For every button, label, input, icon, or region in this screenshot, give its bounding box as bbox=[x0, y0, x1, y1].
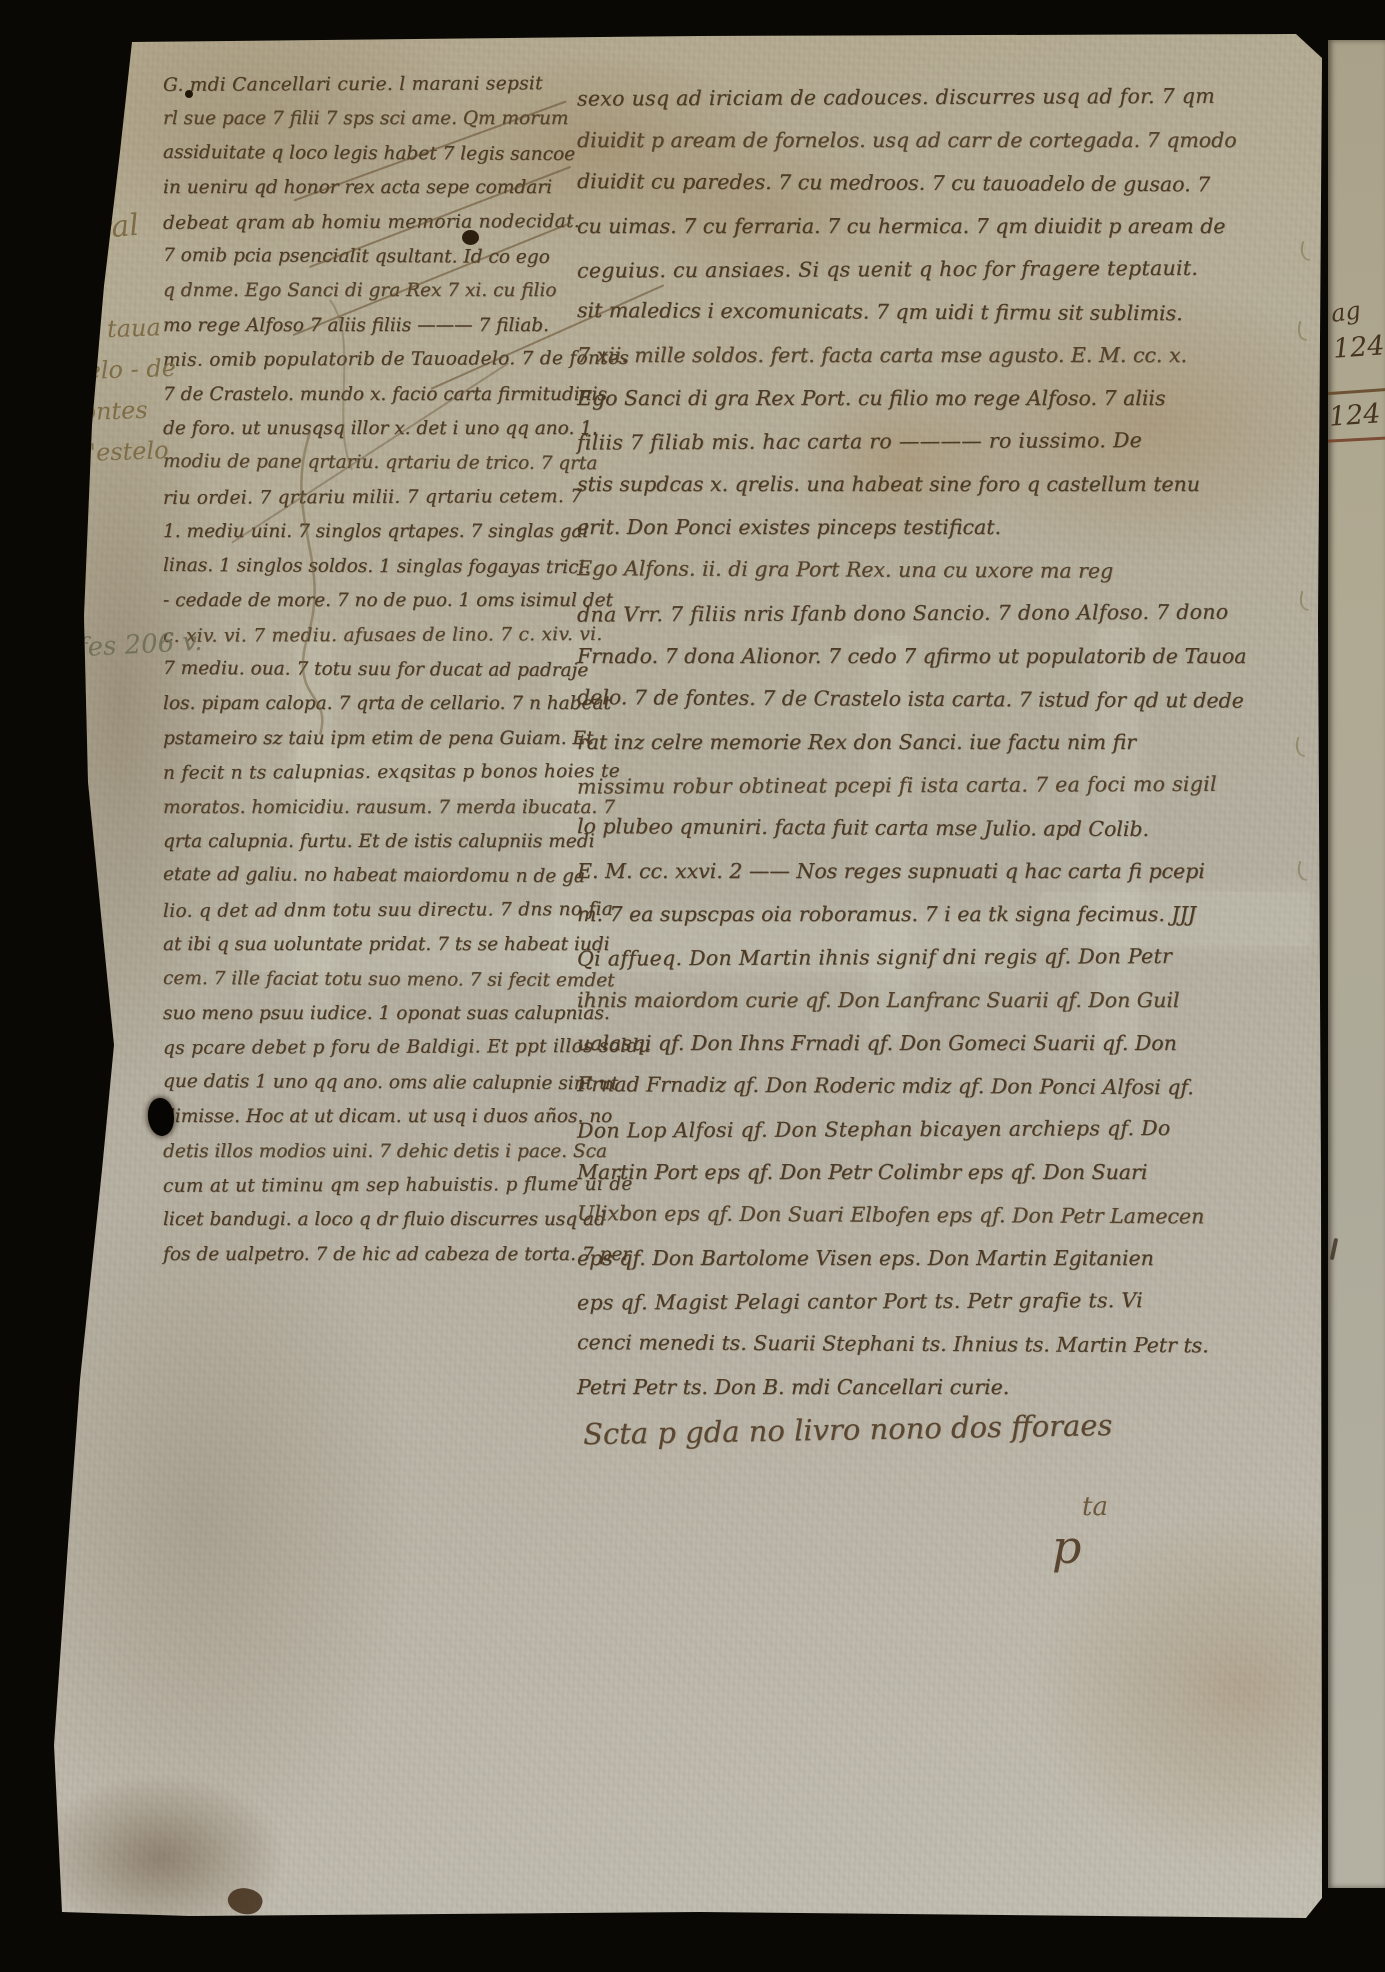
manuscript-text-line: debeat qram ab homiu memoria nodecidat. bbox=[163, 205, 563, 241]
manuscript-photo: G. mdi Cancellari curie. l marani sepsit… bbox=[0, 0, 1385, 1972]
manuscript-text-line: ihnis maiordom curie qf. Don Lanfranc Su… bbox=[577, 979, 1307, 1022]
manuscript-text-line: cum at ut timinu qm sep habuistis. p flu… bbox=[163, 1168, 563, 1204]
manuscript-text-line: qs pcare debet p foru de Baldigi. Et ppt… bbox=[163, 1031, 563, 1067]
manuscript-text-line: de taua bbox=[69, 306, 210, 352]
manuscript-text-line: los. pipam calopa. 7 qrta de cellario. 7… bbox=[163, 687, 563, 721]
manuscript-text-line: etate ad galiu. no habeat maiordomu n de… bbox=[163, 858, 563, 895]
manuscript-text-line: que datis 1 uno qq ano. oms alie calupni… bbox=[163, 1065, 563, 1102]
manuscript-text-line: mo rege Alfoso 7 aliis filiis ——— 7 fili… bbox=[163, 309, 563, 343]
manuscript-text-line: Frnad Frnadiz qf. Don Roderic mdiz qf. D… bbox=[577, 1063, 1307, 1110]
ink-stain bbox=[225, 1883, 266, 1919]
manuscript-text-line: modiu de pane qrtariu. qrtariu de trico.… bbox=[163, 445, 563, 482]
manuscript-text-line: 1. mediu uini. 7 singlos qrtapes. 7 sing… bbox=[163, 515, 563, 549]
manuscript-text-line: at ibi q sua uoluntate pridat. 7 ts se h… bbox=[163, 928, 563, 962]
binding-stitch bbox=[1330, 1238, 1338, 1260]
colophon-flourish: p bbox=[1052, 1520, 1081, 1574]
manuscript-text-line: stis supdcas x. qrelis. una habeat sine … bbox=[577, 463, 1307, 506]
manuscript-text-line: m. 7 ea supscpas oia roboramus. 7 i ea t… bbox=[577, 893, 1307, 936]
right-text-column: sexo usq ad iriciam de cadouces. discurr… bbox=[577, 76, 1307, 1409]
manuscript-text-line: Ego Alfons. ii. di gra Port Rex. una cu … bbox=[577, 547, 1307, 594]
manuscript-text-line: ualasqi qf. Don Ihns Frnadi qf. Don Gome… bbox=[577, 1022, 1307, 1065]
colophon-line: Scta p gda no livro nono dos fforaes bbox=[583, 1407, 1184, 1451]
manuscript-text-line: - cedade de more. 7 no de puo. 1 oms isi… bbox=[163, 584, 563, 618]
manuscript-text-line: assiduitate q loco legis habet 7 legis s… bbox=[163, 136, 563, 173]
parchment-page: G. mdi Cancellari curie. l marani sepsit… bbox=[0, 0, 1385, 1972]
manuscript-text-line: qrta calupnia. furtu. Et de istis calupn… bbox=[163, 825, 563, 859]
manuscript-text-line: missimu robur obtineat pcepi fi ista car… bbox=[577, 762, 1307, 808]
manuscript-text-line: Martin Port eps qf. Don Petr Colimbr eps… bbox=[577, 1151, 1307, 1194]
manuscript-text-line: fos de ualpetro. 7 de hic ad cabeza de t… bbox=[163, 1238, 563, 1272]
folio-rule bbox=[1328, 436, 1385, 442]
manuscript-text-line: riu ordei. 7 qrtariu milii. 7 qrtariu ce… bbox=[163, 480, 563, 516]
manuscript-text-line: cem. 7 ille faciat totu suo meno. 7 si f… bbox=[163, 962, 563, 999]
manuscript-text-line: n fecit n ts calupnias. exqsitas p bonos… bbox=[163, 755, 563, 791]
manuscript-text-line: d'estelo bbox=[73, 429, 214, 475]
manuscript-text-line: dimisse. Hoc at ut dicam. ut usq i duos … bbox=[163, 1100, 563, 1134]
manuscript-text-line: suo meno psuu iudice. 1 oponat suas calu… bbox=[163, 997, 563, 1031]
margin-note-fral: fral bbox=[85, 208, 141, 247]
manuscript-text-line: lo plubeo qmuniri. facta fuit carta mse … bbox=[577, 805, 1307, 852]
manuscript-text-line: Don Lop Alfosi qf. Don Stephan bicayen a… bbox=[577, 1106, 1307, 1152]
folio-rule bbox=[1328, 388, 1385, 395]
manuscript-text-line: fontes bbox=[72, 388, 213, 434]
manuscript-text-line: Petri Petr ts. Don B. mdi Cancellari cur… bbox=[577, 1366, 1307, 1409]
manuscript-text-line: 7 xii. mille soldos. fert. facta carta m… bbox=[577, 334, 1307, 377]
manuscript-text-line: diuidit p aream de fornelos. usq ad carr… bbox=[577, 119, 1307, 162]
ink-blot bbox=[185, 90, 193, 98]
manuscript-text-line: diuidit cu paredes. 7 cu medroos. 7 cu t… bbox=[577, 160, 1307, 207]
manuscript-text-line: erit. Don Ponci existes pinceps testific… bbox=[577, 506, 1307, 549]
facing-page-fragment: ag bbox=[1329, 296, 1362, 328]
manuscript-text-line: cenci menedi ts. Suarii Stephani ts. Ihn… bbox=[577, 1321, 1307, 1368]
manuscript-text-line: 7 de Crastelo. mundo x. facio carta firm… bbox=[163, 378, 563, 412]
manuscript-text-line: linas. 1 singlos soldos. 1 singlas fogay… bbox=[163, 549, 563, 586]
manuscript-text-line: sit maledics i excomunicats. 7 qm uidi t… bbox=[577, 289, 1307, 336]
manuscript-text-line: rl sue pace 7 filii 7 sps sci ame. Qm mo… bbox=[163, 102, 563, 136]
manuscript-text-line: Ego Sanci di gra Rex Port. cu filio mo r… bbox=[577, 377, 1307, 420]
folio-number-top: 124 bbox=[1332, 330, 1385, 365]
manuscript-text-line: eps qf. Don Bartolome Visen eps. Don Mar… bbox=[577, 1237, 1307, 1280]
manuscript-text-line: c. xiv. vi. 7 mediu. afusaes de lino. 7 … bbox=[163, 618, 563, 654]
manuscript-text-line: ceguius. cu ansiaes. Si qs uenit q hoc f… bbox=[577, 246, 1307, 292]
manuscript-text-line: E. M. cc. xxvi. 2 —— Nos reges supnuati … bbox=[577, 850, 1307, 893]
manuscript-text-line: cu uimas. 7 cu ferraria. 7 cu hermica. 7… bbox=[577, 205, 1307, 248]
manuscript-text-line: Frnado. 7 dona Alionor. 7 cedo 7 qfirmo … bbox=[577, 635, 1307, 678]
manuscript-text-line: rat inz celre memorie Rex don Sanci. iue… bbox=[577, 721, 1307, 764]
manuscript-text-line: 7 mediu. oua. 7 totu suu for ducat ad pa… bbox=[163, 652, 563, 689]
manuscript-text-line: delo - de bbox=[71, 347, 212, 393]
manuscript-text-line: pstameiro sz taiu ipm etim de pena Guiam… bbox=[163, 722, 563, 756]
manuscript-text-line: de foro. ut unusqsq illor x. det i uno q… bbox=[163, 412, 563, 446]
manuscript-text-line: lio. q det ad dnm totu suu directu. 7 dn… bbox=[163, 893, 563, 929]
manuscript-text-line: sexo usq ad iriciam de cadouces. discurr… bbox=[577, 74, 1307, 120]
manuscript-text-line: detis illos modios uini. 7 dehic detis i… bbox=[163, 1135, 563, 1169]
ink-blot bbox=[462, 230, 479, 245]
manuscript-text-line: dna Vrr. 7 filiis nris Ifanb dono Sancio… bbox=[577, 590, 1307, 636]
manuscript-text-line: Qi affueq. Don Martin ihnis signif dni r… bbox=[577, 934, 1307, 980]
margin-note-placenames: de tauadelo - defontesd'estelo bbox=[69, 306, 215, 475]
manuscript-text-line: mis. omib populatorib de Tauoadelo. 7 de… bbox=[163, 342, 563, 378]
manuscript-text-line: eps qf. Magist Pelagi cantor Port ts. Pe… bbox=[577, 1278, 1307, 1324]
manuscript-text-line: delo. 7 de fontes. 7 de Crastelo ista ca… bbox=[577, 676, 1307, 723]
manuscript-text-line: filiis 7 filiab mis. hac carta ro ———— r… bbox=[577, 418, 1307, 464]
manuscript-text-line: moratos. homicidiu. rausum. 7 merda ibuc… bbox=[163, 791, 563, 825]
manuscript-text-line: Ulixbon eps qf. Don Suari Elbofen eps qf… bbox=[577, 1192, 1307, 1239]
facing-page-edge: ag 124 124 bbox=[1328, 40, 1385, 1888]
manuscript-text-line: q dnme. Ego Sanci di gra Rex 7 xi. cu fi… bbox=[163, 274, 563, 308]
manuscript-text-line: G. mdi Cancellari curie. l marani sepsit bbox=[163, 67, 563, 103]
manuscript-text-line: licet bandugi. a loco q dr fluio discurr… bbox=[163, 1203, 563, 1237]
folio-number-bottom: 124 bbox=[1328, 398, 1382, 433]
colophon-mark: ta bbox=[1082, 1492, 1108, 1522]
